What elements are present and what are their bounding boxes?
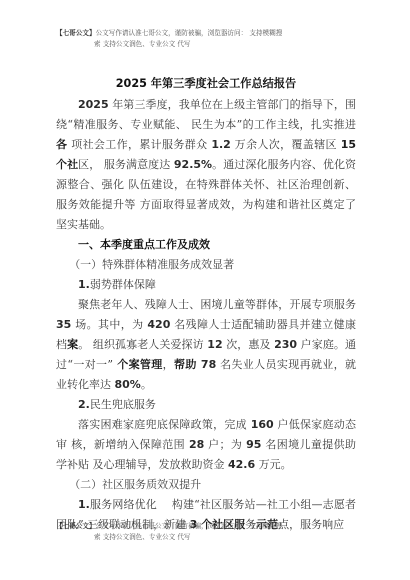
para-text: 。 [141, 378, 152, 391]
intro-text-bold: 各 [56, 138, 67, 151]
satisfaction-rate: 92.5% [174, 158, 212, 171]
section-heading-1: 一、本季度重点工作及成效 [56, 235, 356, 255]
subsection-heading-2: （二）社区服务质效双提升 [56, 475, 356, 495]
num-value: 80% [115, 378, 141, 391]
watermark-banner-bottom: 【七哥公文】公文写作请认准七哥公文，谨防被骗，浏览器访问： 支持模糊搜 索 支持… [56, 521, 316, 543]
banner-brand: 【七哥公文】 [56, 29, 96, 37]
banner-line1: 公文写作请认准七哥公文，谨防被骗，浏览器访问： 支持模糊搜 [96, 522, 283, 530]
document-title: 2025 年第三季度社会工作总结报告 [56, 75, 356, 91]
served-count: 1.2 [211, 138, 231, 151]
banner-brand: 【七哥公文】 [56, 522, 96, 530]
item-number: 1. [78, 498, 90, 511]
para-text: 万元。 [255, 458, 292, 471]
watermark-banner-top: 【七哥公文】公文写作请认准七哥公文，谨防被骗，浏览器访问： 支持模糊搜 索 支持… [56, 28, 316, 50]
num-value: 160 [251, 418, 274, 431]
num-value: 420 [147, 318, 170, 331]
item-title: 民生兜底服务 [90, 398, 156, 411]
para-text: 场。其中，为 [71, 318, 147, 331]
num-value: 35 [56, 318, 71, 331]
subsection-heading-1: （一）特殊群体精准服务成效显著 [56, 255, 356, 275]
intro-text: 万余人次，覆盖辖区 [231, 138, 341, 151]
num-value: 12 [207, 338, 222, 351]
para-text: 户；为 [204, 438, 246, 451]
item-title: 弱势群体保障 [90, 278, 156, 291]
intro-text: 区， 服务满意度达 [78, 158, 174, 171]
num-value: 230 [274, 338, 297, 351]
para-text: 落实困难家庭兜底保障政策，完成 [78, 418, 251, 431]
item-heading-1-1: 1.弱势群体保障 [56, 275, 356, 295]
document-page: 【七哥公文】公文写作请认准七哥公文，谨防被骗，浏览器访问： 支持模糊搜 索 支持… [0, 0, 410, 580]
num-value: 78 [197, 358, 217, 371]
num-value: 28 [189, 438, 204, 451]
banner-line1: 公文写作请认准七哥公文，谨防被骗，浏览器访问： 支持模糊搜 [96, 29, 283, 37]
banner-line2: 索 支持公文润色、专业公文 代写 [56, 39, 316, 50]
num-value: 42.6 [228, 458, 255, 471]
item-paragraph-1-1: 聚焦老年人、残障人士、困境儿童等群体，开展专项服务 35 场。其中，为 420 … [56, 295, 356, 395]
para-text-bold: 帮助 [174, 358, 197, 371]
intro-text: 项社会工作，累计服务群众 [67, 138, 211, 151]
para-text-bold: 案 [67, 338, 78, 351]
item-heading-1-2: 2.民生兜底服务 [56, 395, 356, 415]
item-title: 服务网络优化 [90, 498, 157, 511]
num-value: 95 [246, 438, 261, 451]
para-text-bold: 个案管理 [113, 358, 163, 371]
para-text: 聚焦老年人、残障人士、困境儿童等群体，开展专项服务 [78, 298, 356, 311]
para-text: 次，惠及 [223, 338, 275, 351]
banner-line2: 索 支持公文润色、专业公文 代写 [56, 532, 316, 543]
item-number: 1. [78, 278, 90, 291]
para-text: ， [163, 358, 174, 371]
item-number: 2. [78, 398, 90, 411]
year-value: 2025 [78, 98, 109, 111]
item-paragraph-1-2: 落实困难家庭兜底保障政策，完成 160 户低保家庭动态审 核，新增纳入保障范围 … [56, 415, 356, 475]
para-text: 。 组织孤寡老人关爱探访 [78, 338, 207, 351]
intro-paragraph: 2025 年第三季度，我单位在上级主管部门的指导下，围绕“精准服务、专业赋能、 … [56, 95, 356, 235]
document-body: 2025 年第三季度，我单位在上级主管部门的指导下，围绕“精准服务、专业赋能、 … [56, 95, 356, 535]
